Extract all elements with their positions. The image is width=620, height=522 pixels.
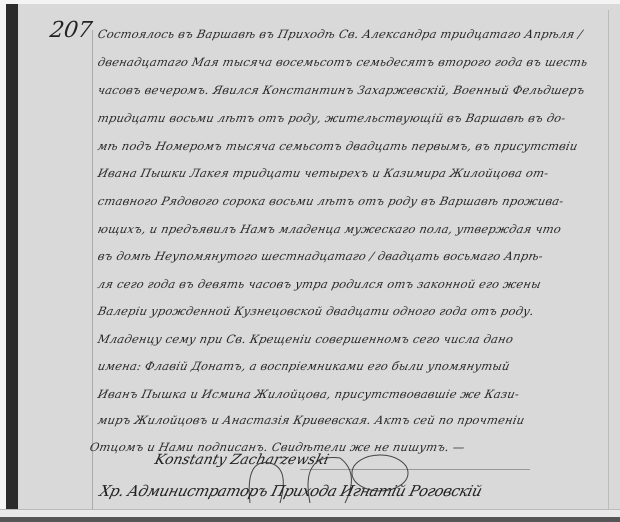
scan-shadow: [0, 517, 620, 522]
text-line: двенадцатаго Мая тысяча восемьсотъ семьд…: [97, 55, 590, 69]
margin-rule: [92, 30, 93, 509]
right-rule: [608, 10, 609, 509]
text-line: Валеріи урожденной Кузнецовской двадцати…: [97, 304, 536, 318]
text-line: въ домѣ Неупомянутого шестнадцатаго / дв…: [97, 249, 545, 263]
text-line: ющихъ, и предъявилъ Намъ младенца мужеск…: [97, 222, 563, 236]
entry-number: 207: [48, 18, 94, 43]
text-line: имена: Флавій Донатъ, а воспріемниками е…: [97, 359, 512, 373]
text-line: Состоялось въ Варшавѣ въ Приходѣ Св. Але…: [97, 27, 584, 41]
binding-edge: [6, 4, 18, 509]
text-line: миръ Жилойцовъ и Анастазія Кривевская. А…: [97, 413, 526, 427]
text-line: ля сего года въ девять часовъ утра родил…: [97, 277, 543, 291]
signature-administrator: Хр. Администраторъ Прихода Игнатій Рогов…: [98, 482, 484, 500]
text-line: мѣ подъ Номеромъ тысяча семьсотъ двадцат…: [97, 139, 580, 153]
text-line: тридцати восьми лѣтъ отъ роду, жительств…: [97, 111, 568, 125]
text-line: часовъ вечеромъ. Явился Константинъ Заха…: [97, 83, 587, 97]
text-line: Иванъ Пышка и Исмина Жилойцова, присутст…: [97, 387, 521, 401]
text-line: Ивана Пышки Лакея тридцати четырехъ и Ка…: [97, 166, 550, 180]
text-line: ставного Рядового сорока восьми лѣтъ отъ…: [97, 194, 566, 208]
text-line: Младенцу сему при Св. Крещеніи совершенн…: [97, 332, 515, 346]
